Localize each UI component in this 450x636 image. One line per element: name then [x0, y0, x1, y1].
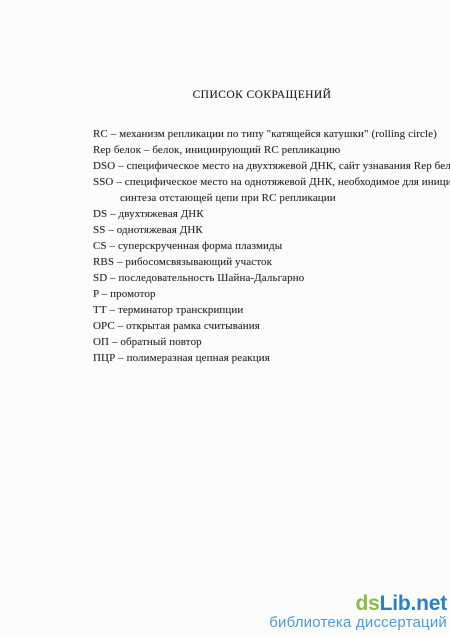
- abbreviation-line: DSO – специфическое место на двухтяжевой…: [93, 158, 433, 174]
- abbreviation-line: SD – последовательность Шайна-Дальгарно: [93, 270, 433, 286]
- dslib-logo-ds: ds: [355, 592, 379, 615]
- abbreviation-line: SSO – специфическое место на однотяжевой…: [93, 174, 433, 190]
- abbreviation-line: RC – механизм репликации по типу "катяще…: [93, 126, 433, 142]
- dslib-tagline: библиотека диссертаций: [269, 614, 447, 631]
- page-title: СПИСОК СОКРАЩЕНИЙ: [74, 89, 450, 101]
- dslib-watermark-link[interactable]: dsLib.net библиотека диссертаций: [269, 594, 447, 631]
- abbreviation-line: RBS – рибосомсвязывающий участок: [93, 254, 433, 270]
- abbreviation-line: SS – однотяжевая ДНК: [93, 222, 433, 238]
- abbreviation-line: ПЦР – полимеразная цепная реакция: [93, 350, 433, 366]
- abbreviation-line: ОРС – открытая рамка считывания: [93, 318, 433, 334]
- abbreviation-line: DS – двухтяжевая ДНК: [93, 206, 433, 222]
- abbreviation-line: ТТ – терминатор транскрипции: [93, 302, 433, 318]
- abbreviation-line: Rep белок – белок, инициирующий RC репли…: [93, 142, 433, 158]
- abbreviation-line: P – промотор: [93, 286, 433, 302]
- dslib-logo-libnet: Lib.net: [380, 592, 447, 615]
- abbreviation-line: ОП – обратный повтор: [93, 334, 433, 350]
- abbreviation-list: RC – механизм репликации по типу "катяще…: [93, 126, 433, 366]
- scanned-document-page: СПИСОК СОКРАЩЕНИЙ RC – механизм репликац…: [0, 0, 450, 636]
- abbreviation-line: CS – суперскрученная форма плазмиды: [93, 238, 433, 254]
- abbreviation-line-continuation: синтеза отстающей цепи при RC репликации: [93, 190, 433, 206]
- dslib-logo[interactable]: dsLib.net: [269, 594, 447, 614]
